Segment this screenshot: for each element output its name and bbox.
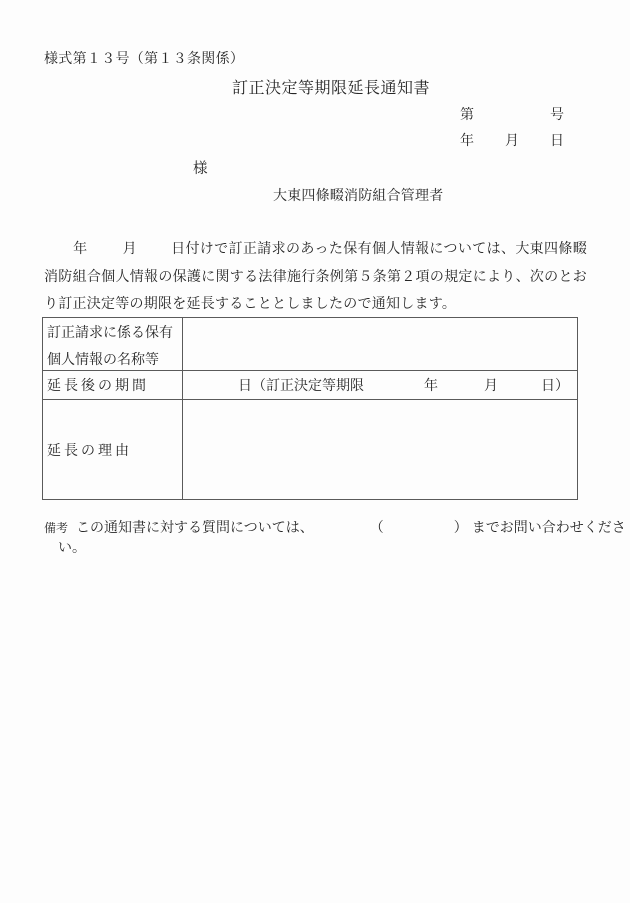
issue-date-day-label: 日 xyxy=(550,130,564,150)
document-title: 訂正決定等期限延長通知書 xyxy=(32,75,630,98)
issue-date-year-label: 年 xyxy=(460,130,474,150)
body-year-label: 年 xyxy=(73,242,87,257)
blank-year-field xyxy=(364,385,424,386)
body-month-label: 月 xyxy=(122,242,136,257)
issue-date-month-label: 月 xyxy=(505,130,519,150)
blank-month-field xyxy=(87,252,122,253)
form-number: 様式第１３号（第１３条関係） xyxy=(44,48,244,68)
remarks-label: 備考 xyxy=(44,521,68,535)
table-row2-label: 延長後の期間 xyxy=(43,371,183,400)
blank-phone-field xyxy=(384,531,454,532)
spacer xyxy=(68,531,76,532)
period-month-label: 月 xyxy=(484,375,498,395)
body-paragraph: 年月日付けで訂正請求のあった保有個人情報については、大東四條畷消防組合個人情報の… xyxy=(44,236,587,319)
table-row3-label: 延長の理由 xyxy=(43,400,183,499)
extension-table: 訂正請求に係る保有個人情報の名称等 延長後の期間 日（訂正決定等期限年月日） 延… xyxy=(42,317,578,500)
table-row1-label: 訂正請求に係る保有個人情報の名称等 xyxy=(43,318,183,371)
period-year-label: 年 xyxy=(424,375,438,395)
blank-contact-field xyxy=(314,531,370,532)
blank-date-field xyxy=(44,252,73,253)
period-day-close: 日） xyxy=(541,375,569,395)
remarks-note: 備考この通知書に対する質問については、（）までお問い合わせください。 xyxy=(44,518,628,559)
document-page: 様式第１３号（第１３条関係） 訂正決定等期限延長通知書 第 号 年 月 日 様 … xyxy=(0,0,630,903)
addressee-honorific: 様 xyxy=(193,157,208,178)
paren-close: ） xyxy=(454,521,468,536)
blank-month-field xyxy=(438,385,484,386)
doc-number-suffix: 号 xyxy=(550,104,564,124)
table-row2-value-cell: 日（訂正決定等期限年月日） xyxy=(183,371,577,400)
period-day-lead: 日（訂正決定等期限 xyxy=(238,375,364,395)
paren-open: （ xyxy=(370,521,384,536)
table-row1-value-cell xyxy=(183,318,577,371)
table-row3-value-cell xyxy=(183,400,577,499)
remarks-question-text: この通知書に対する質問については、 xyxy=(76,521,314,536)
blank-day-field xyxy=(137,252,171,253)
doc-number-prefix: 第 xyxy=(460,104,474,124)
sender-name: 大東四條畷消防組合管理者 xyxy=(273,185,443,205)
blank-day-field xyxy=(498,385,541,386)
